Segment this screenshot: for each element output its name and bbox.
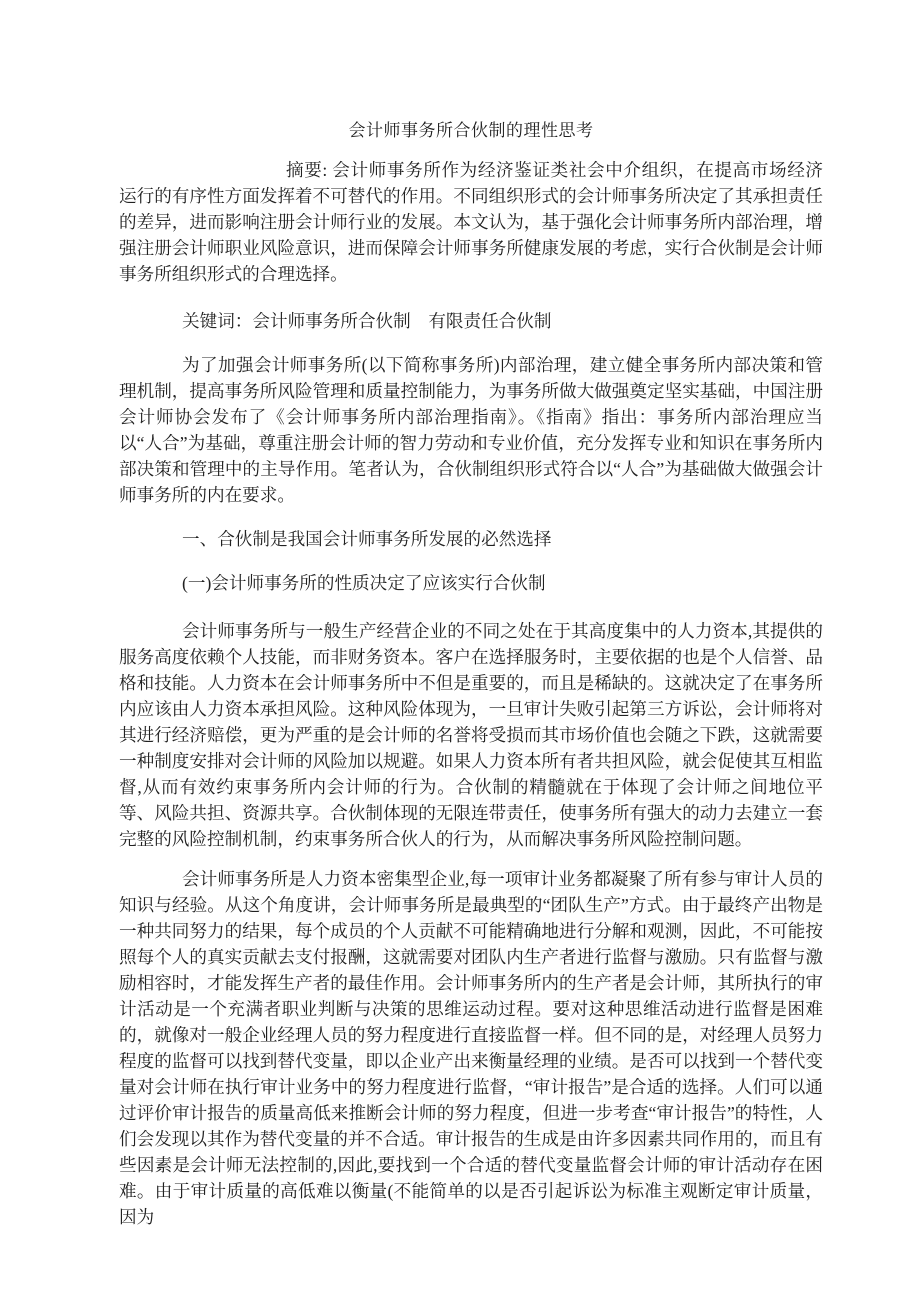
body-paragraph-1: 会计师事务所与一般生产经营企业的不同之处在于其高度集中的人力资本,其提供的服务高… <box>119 618 823 852</box>
document-content: 会计师事务所合伙制的理性思考 摘要: 会计师事务所作为经济鉴证类社会中介组织，在… <box>119 118 823 1230</box>
document-title: 会计师事务所合伙制的理性思考 <box>119 118 823 144</box>
abstract-paragraph: 摘要: 会计师事务所作为经济鉴证类社会中介组织，在提高市场经济运行的有序性方面发… <box>119 157 823 287</box>
keywords-line: 关键词：会计师事务所合伙制 有限责任合伙制 <box>119 308 823 334</box>
section-heading: 一、合伙制是我国会计师事务所发展的必然选择 <box>119 526 823 552</box>
subsection-heading: (一)会计师事务所的性质决定了应该实行合伙制 <box>119 570 823 596</box>
document-page: 会计师事务所合伙制的理性思考 摘要: 会计师事务所作为经济鉴证类社会中介组织，在… <box>0 0 920 1302</box>
intro-paragraph: 为了加强会计师事务所(以下简称事务所)内部治理，建立健全事务所内部决策和管理机制… <box>119 352 823 508</box>
body-paragraph-2: 会计师事务所是人力资本密集型企业,每一项审计业务都凝聚了所有参与审计人员的知识与… <box>119 866 823 1230</box>
